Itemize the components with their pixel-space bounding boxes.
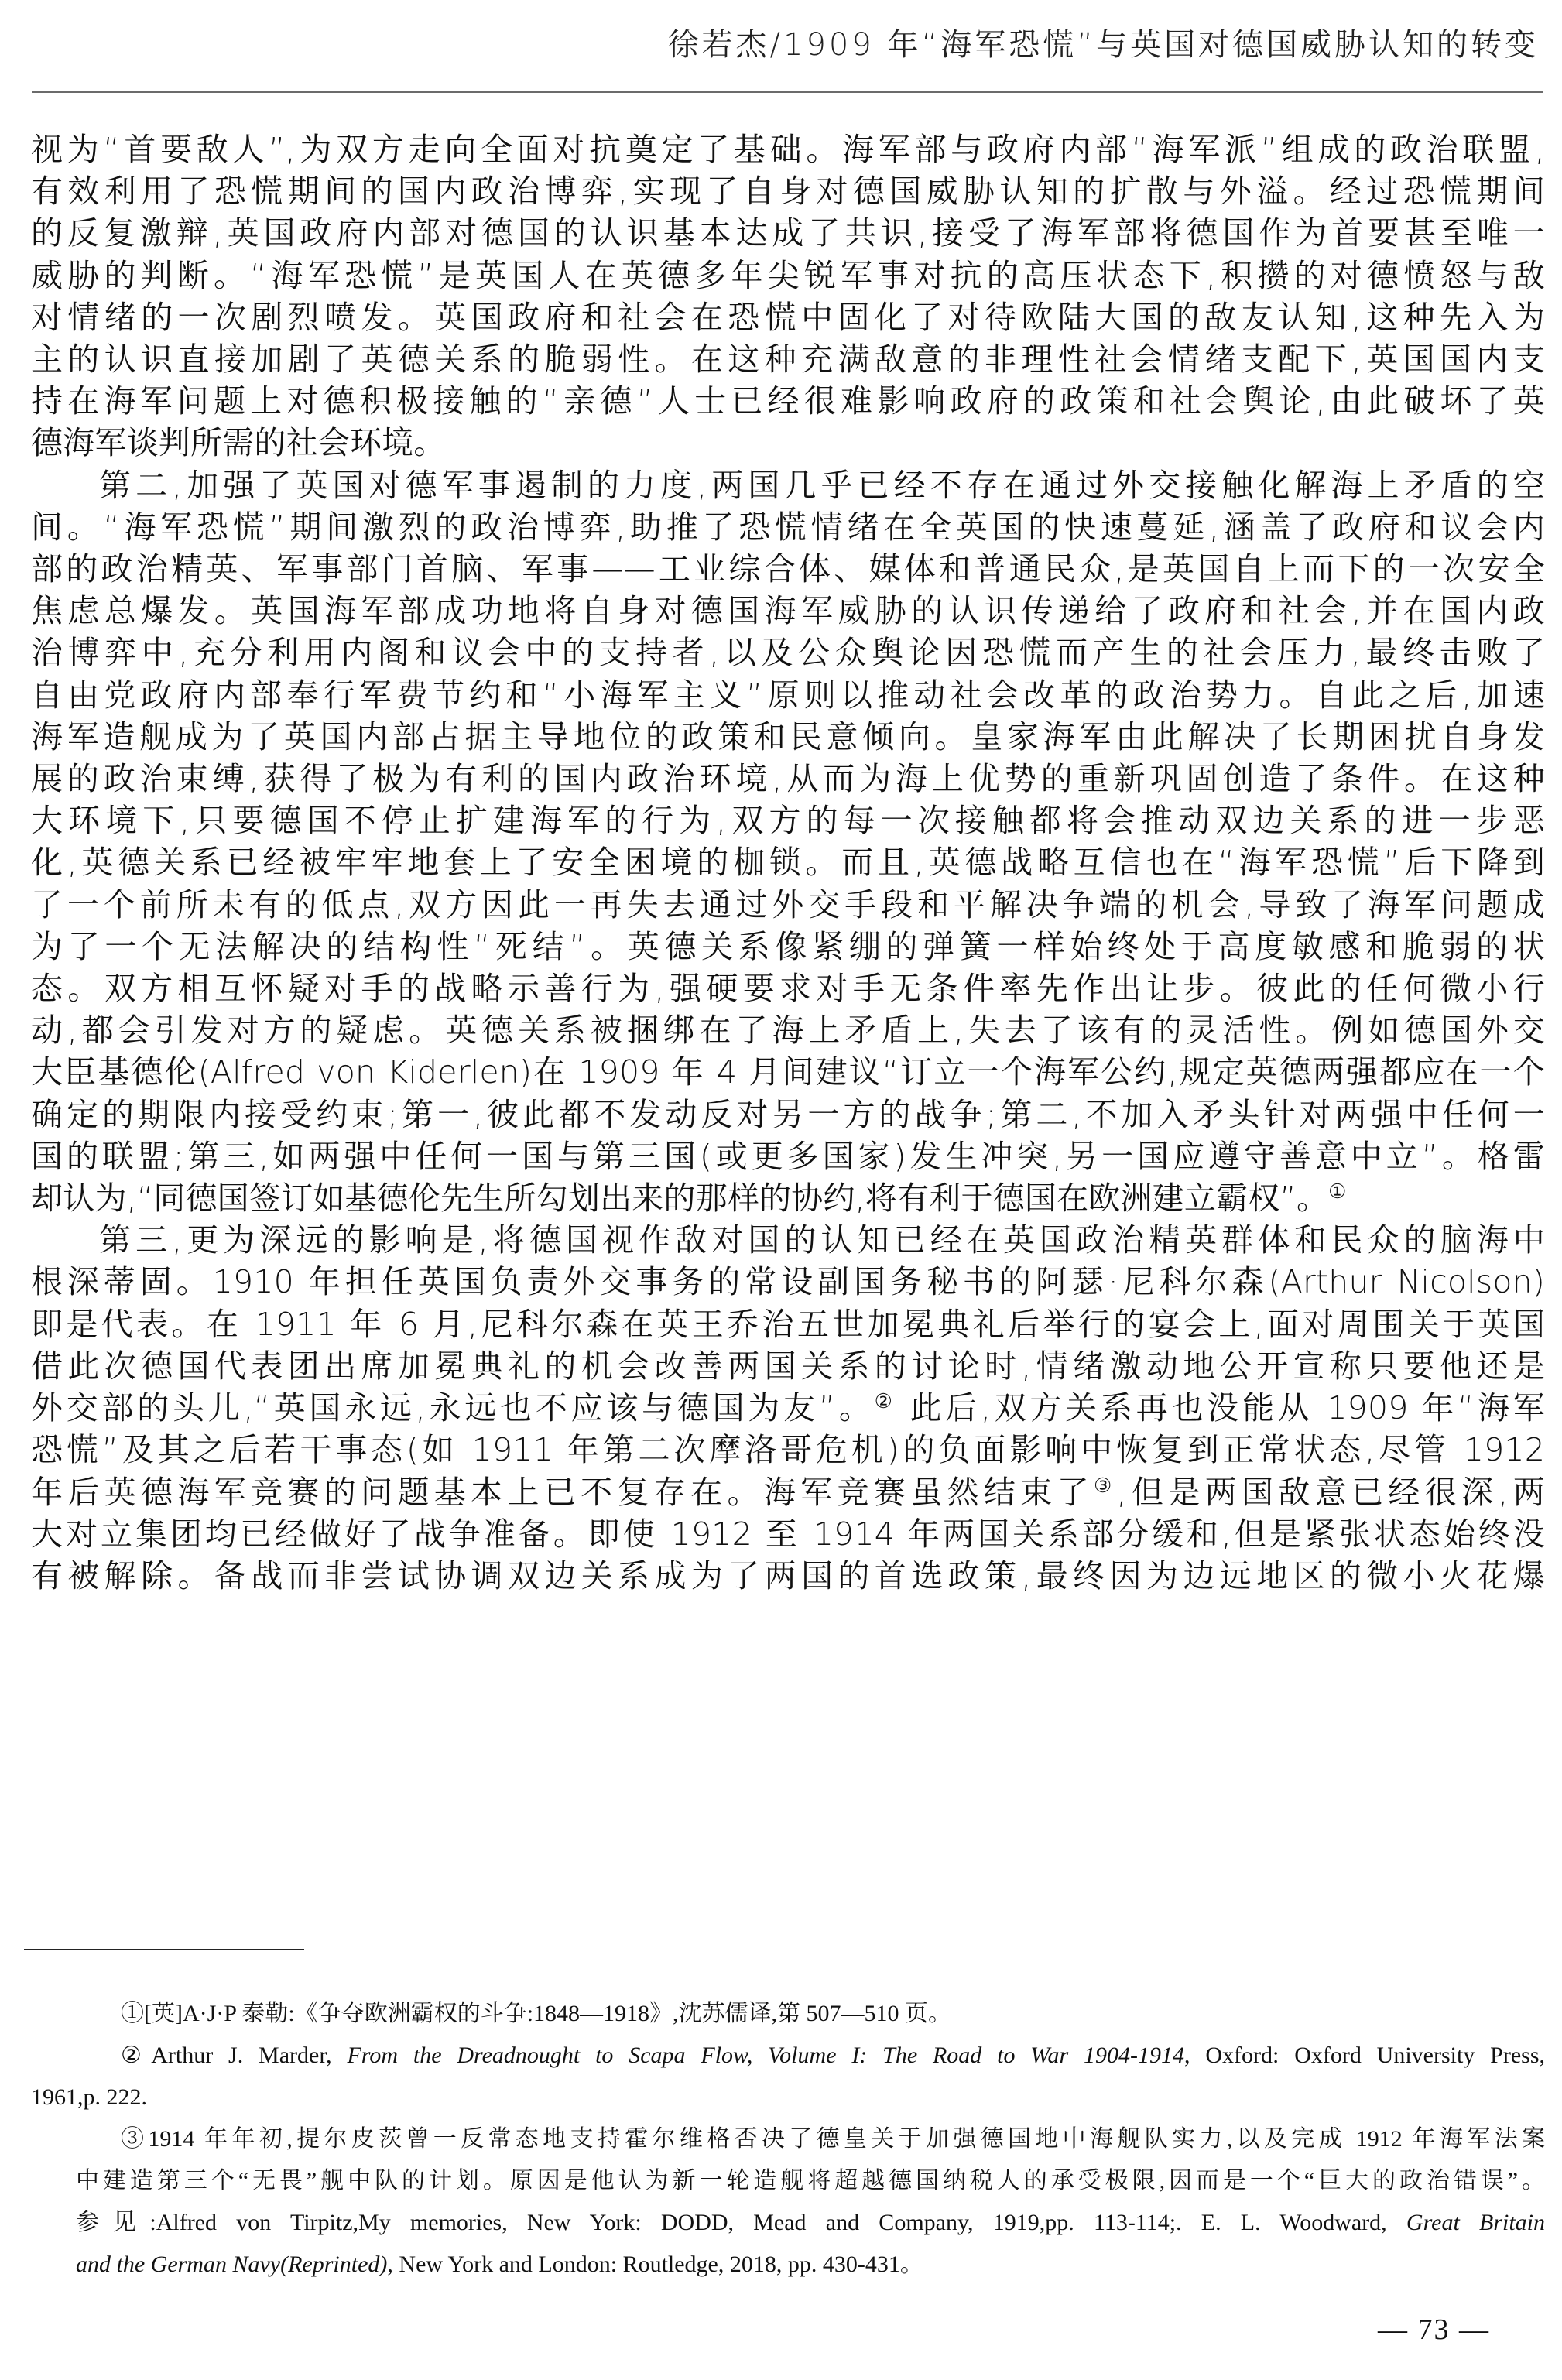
text-segment: , New York and London: Routledge, 2018, … [387,2252,923,2277]
running-header: 徐若杰/1909 年“海军恐慌”与英国对德国威胁认知的转变 [668,22,1539,68]
main-text: 视为“首要敌人”,为双方走向全面对抗奠定了基础。海军部与政府内部“海军派”组成的… [31,128,1545,1597]
text-segment: 年后英德海军竞赛的问题基本上已不复存在。海军竞赛虽然结束了 [31,1474,1094,1511]
page-number: — 73 — [1378,2313,1490,2347]
text-line: 对情绪的一次剧烈喷发。英国政府和社会在恐慌中固化了对待欧陆大国的敌友认知,这种先… [31,296,1545,338]
text-line: 部的政治精英、军事部门首脑、军事——工业综合体、媒体和普通民众,是英国自上而下的… [31,548,1545,590]
header-rule [32,91,1543,93]
footnote-line: ②Arthur J. Marder, From the Dreadnought … [31,2035,1545,2077]
text-line: 海军造舰成为了英国内部占据主导地位的政策和民意倾向。皇家海军由此解决了长期困扰自… [31,716,1545,758]
text-line: 为了一个无法解决的结构性“死结”。英德关系像紧绷的弹簧一样始终处于高度敏感和脆弱… [31,926,1545,967]
paragraph-1: 视为“首要敌人”,为双方走向全面对抗奠定了基础。海军部与政府内部“海军派”组成的… [31,128,1545,464]
paragraph-3: 第三,更为深远的影响是,将德国视作敌对国的认知已经在英国政治精英群体和民众的脑海… [31,1219,1545,1597]
footnote-ref-2[interactable]: ② [875,1390,896,1413]
text-line: 大对立集团均已经做好了战争准备。即使 1912 至 1914 年两国关系部分缓和… [31,1513,1545,1555]
text-line: 第二,加强了英国对德军事遏制的力度,两国几乎已经不存在通过外交接触化解海上矛盾的… [31,464,1545,506]
text-line: 动,都会引发对方的疑虑。英德关系被捆绑在了海上矛盾上,失去了该有的灵活性。例如德… [31,1009,1545,1051]
text-segment: ②Arthur J. Marder, [121,2043,347,2068]
text-line: 展的政治束缚,获得了极为有利的国内政治环境,从而为海上优势的重新巩固创造了条件。… [31,758,1545,800]
text-segment: 外交部的头儿,“英国永远,永远也不应该与德国为友”。 [31,1389,875,1426]
text-line: 威胁的判断。“海军恐慌”是英国人在英德多年尖锐军事对抗的高压状态下,积攒的对德愤… [31,255,1545,296]
text-line: 恐慌”及其之后若干事态(如 1911 年第二次摩洛哥危机)的负面影响中恢复到正常… [31,1429,1545,1471]
text-line: 了一个前所未有的低点,双方因此一再失去通过外交手段和平解决争端的机会,导致了海军… [31,884,1545,926]
footnote-rule [24,1949,304,1950]
text-line: 有效利用了恐慌期间的国内政治博弈,实现了自身对德国威胁认知的扩散与外溢。经过恐慌… [31,170,1545,212]
footnote-ref-1[interactable]: ① [1328,1180,1347,1204]
text-segment: 参见:Alfred von Tirpitz,My memories, New Y… [76,2210,1406,2235]
text-line: 主的认识直接加剧了英德关系的脆弱性。在这种充满敌意的非理性社会情绪支配下,英国国… [31,338,1545,380]
text-line: 大环境下,只要德国不停止扩建海军的行为,双方的每一次接触都将会推动双边关系的进一… [31,800,1545,841]
footnote-line: 参见:Alfred von Tirpitz,My memories, New Y… [31,2202,1545,2244]
text-line: 视为“首要敌人”,为双方走向全面对抗奠定了基础。海军部与政府内部“海军派”组成的… [31,128,1545,170]
footnote-line: 1961,p. 222. [31,2077,1545,2118]
text-segment: ,但是两国敌意已经很深,两 [1117,1474,1545,1511]
footnote-ref-3[interactable]: ③ [1094,1474,1117,1498]
text-line: 借此次德国代表团出席加冕典礼的机会改善两国关系的讨论时,情绪激动地公开宣称只要他… [31,1345,1545,1387]
text-line: 持在海军问题上对德积极接触的“亲德”人士已经很难影响政府的政策和社会舆论,由此破… [31,380,1545,422]
text-line: 间。“海军恐慌”期间激烈的政治博弈,助推了恐慌情绪在全英国的快速蔓延,涵盖了政府… [31,506,1545,548]
text-line: 国的联盟;第三,如两强中任何一国与第三国(或更多国家)发生冲突,另一国应遵守善意… [31,1135,1545,1177]
book-title: and the German Navy(Reprinted) [76,2252,387,2277]
text-line: 却认为,“同德国签订如基德伦先生所勾划出来的那样的协约,将有利于德国在欧洲建立霸… [31,1177,1545,1219]
text-line: 德海军谈判所需的社会环境。 [31,422,1545,464]
text-line: 治博弈中,充分利用内阁和议会中的支持者,以及公众舆论因恐慌而产生的社会压力,最终… [31,632,1545,673]
paragraph-2: 第二,加强了英国对德军事遏制的力度,两国几乎已经不存在通过外交接触化解海上矛盾的… [31,464,1545,1220]
footnote-3: ③1914 年年初,提尔皮茨曾一反常态地支持霍尔维格否决了德皇关于加强德国地中海… [31,2118,1545,2286]
text-line: 有被解除。备战而非尝试协调双边关系成为了两国的首选政策,最终因为边远地区的微小火… [31,1555,1545,1597]
text-line: 第三,更为深远的影响是,将德国视作敌对国的认知已经在英国政治精英群体和民众的脑海… [31,1219,1545,1261]
text-line: 根深蒂固。1910 年担任英国负责外交事务的常设副国务秘书的阿瑟·尼科尔森(Ar… [31,1261,1545,1303]
text-segment: , Oxford: Oxford University Press, [1184,2043,1545,2068]
text-line: 化,英德关系已经被牢牢地套上了安全困境的枷锁。而且,英德战略互信也在“海军恐慌”… [31,841,1545,883]
text-line: 即是代表。在 1911 年 6 月,尼科尔森在英王乔治五世加冕典礼后举行的宴会上… [31,1303,1545,1345]
text-line: 的反复激辩,英国政府内部对德国的认识基本达成了共识,接受了海军部将德国作为首要甚… [31,212,1545,254]
footnote-line: and the German Navy(Reprinted), New York… [31,2244,1545,2286]
text-line: 焦虑总爆发。英国海军部成功地将自身对德国海军威胁的认识传递给了政府和社会,并在国… [31,590,1545,632]
text-line: 年后英德海军竞赛的问题基本上已不复存在。海军竞赛虽然结束了③,但是两国敌意已经很… [31,1471,1545,1513]
text-segment: 却认为,“同德国签订如基德伦先生所勾划出来的那样的协约,将有利于德国在欧洲建立霸… [31,1180,1328,1217]
footnote-1: ①[英]A·J·P 泰勒:《争夺欧洲霸权的斗争:1848—1918》,沈苏儒译,… [31,1993,1545,2035]
footnote-line: ③1914 年年初,提尔皮茨曾一反常态地支持霍尔维格否决了德皇关于加强德国地中海… [31,2118,1545,2160]
text-line: 大臣基德伦(Alfred von Kiderlen)在 1909 年 4 月间建… [31,1051,1545,1093]
book-title: From the Dreadnought to Scapa Flow, Volu… [347,2043,1184,2068]
footnote-line: 中建造第三个“无畏”舰中队的计划。原因是他认为新一轮造舰将超越德国纳税人的承受极… [31,2160,1545,2202]
footnote-2: ②Arthur J. Marder, From the Dreadnought … [31,2035,1545,2118]
text-line: 自由党政府内部奉行军费节约和“小海军主义”原则以推动社会改革的政治势力。自此之后… [31,674,1545,716]
text-segment: 此后,双方关系再也没能从 1909 年“海军 [896,1389,1545,1426]
text-line: 外交部的头儿,“英国永远,永远也不应该与德国为友”。② 此后,双方关系再也没能从… [31,1387,1545,1429]
text-line: 态。双方相互怀疑对手的战略示善行为,强硬要求对手无条件率先作出让步。彼此的任何微… [31,967,1545,1009]
text-line: 确定的期限内接受约束;第一,彼此都不发动反对另一方的战争;第二,不加入矛头针对两… [31,1094,1545,1135]
footnote-line: ①[英]A·J·P 泰勒:《争夺欧洲霸权的斗争:1848—1918》,沈苏儒译,… [31,1993,1545,2035]
book-title: Great Britain [1406,2210,1545,2235]
footnotes: ①[英]A·J·P 泰勒:《争夺欧洲霸权的斗争:1848—1918》,沈苏儒译,… [31,1993,1545,2286]
